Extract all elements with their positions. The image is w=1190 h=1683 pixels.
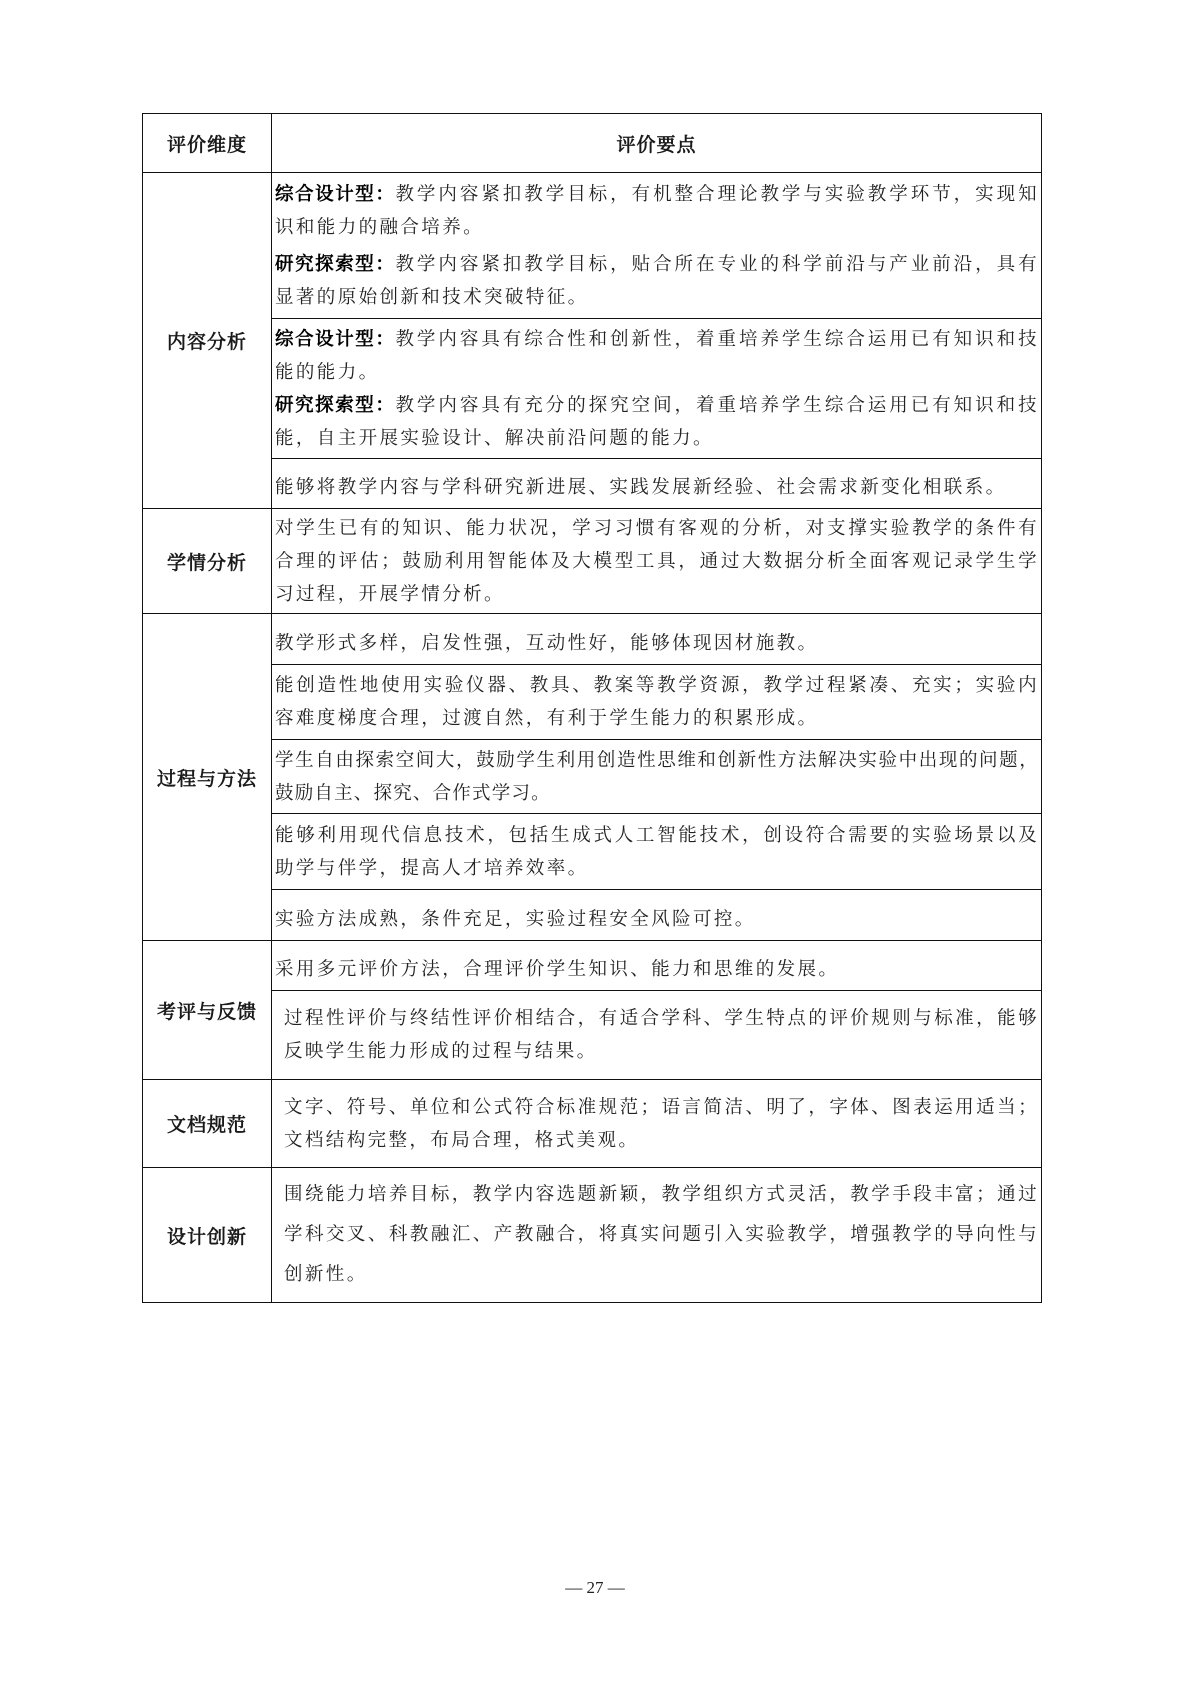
document-page: 评价维度 评价要点 内容分析 综合设计型：教学内容紧扣教学目标，有机整合理论教学… [0,0,1190,1683]
table-row: 内容分析 综合设计型：教学内容紧扣教学目标，有机整合理论教学与实验教学环节，实现… [143,173,1042,319]
point-cell: 学生自由探索空间大，鼓励学生利用创造性思维和创新性方法解决实验中出现的问题，鼓励… [272,740,1042,814]
dimension-process-method: 过程与方法 [143,614,272,941]
point-label: 研究探索型： [275,254,395,275]
table-row: 综合设计型：教学内容具有综合性和创新性，着重培养学生综合运用已有知识和技能的能力… [143,319,1042,459]
table-row: 学生自由探索空间大，鼓励学生利用创造性思维和创新性方法解决实验中出现的问题，鼓励… [143,740,1042,814]
point-paragraph: 综合设计型：教学内容紧扣教学目标，有机整合理论教学与实验教学环节，实现知识和能力… [275,178,1039,244]
dimension-content-analysis: 内容分析 [143,173,272,509]
table-row: 考评与反馈 采用多元评价方法，合理评价学生知识、能力和思维的发展。 [143,941,1042,991]
dimension-design-innovation: 设计创新 [143,1168,272,1303]
table-row: 能够将教学内容与学科研究新进展、实践发展新经验、社会需求新变化相联系。 [143,459,1042,509]
point-cell: 采用多元评价方法，合理评价学生知识、能力和思维的发展。 [272,941,1042,991]
dimension-learner-analysis: 学情分析 [143,509,272,614]
point-paragraph: 研究探索型：教学内容具有充分的探究空间，着重培养学生综合运用已有知识和技能，自主… [275,389,1039,455]
point-label: 综合设计型： [275,329,395,350]
point-cell: 教学形式多样，启发性强，互动性好，能够体现因材施教。 [272,614,1042,665]
header-dimension: 评价维度 [143,114,272,173]
table-row: 过程与方法 教学形式多样，启发性强，互动性好，能够体现因材施教。 [143,614,1042,665]
evaluation-table: 评价维度 评价要点 内容分析 综合设计型：教学内容紧扣教学目标，有机整合理论教学… [142,113,1042,1303]
table-row: 实验方法成熟，条件充足，实验过程安全风险可控。 [143,890,1042,941]
point-cell: 能够将教学内容与学科研究新进展、实践发展新经验、社会需求新变化相联系。 [272,459,1042,509]
table-row: 能够利用现代信息技术，包括生成式人工智能技术，创设符合需要的实验场景以及助学与伴… [143,814,1042,890]
dimension-document-standard: 文档规范 [143,1080,272,1168]
table-row: 能创造性地使用实验仪器、教具、教案等教学资源，教学过程紧凑、充实；实验内容难度梯… [143,665,1042,740]
point-cell: 能够利用现代信息技术，包括生成式人工智能技术，创设符合需要的实验场景以及助学与伴… [272,814,1042,890]
page-number: — 27 — [0,1578,1190,1598]
table-row: 学情分析 对学生已有的知识、能力状况，学习习惯有客观的分析，对支撑实验教学的条件… [143,509,1042,614]
point-cell: 过程性评价与终结性评价相结合，有适合学科、学生特点的评价规则与标准，能够反映学生… [272,991,1042,1080]
table-row: 设计创新 围绕能力培养目标，教学内容选题新颖，教学组织方式灵活，教学手段丰富；通… [143,1168,1042,1303]
point-label: 研究探索型： [275,395,395,416]
point-cell: 综合设计型：教学内容具有综合性和创新性，着重培养学生综合运用已有知识和技能的能力… [272,319,1042,459]
point-cell: 实验方法成熟，条件充足，实验过程安全风险可控。 [272,890,1042,941]
point-cell: 文字、符号、单位和公式符合标准规范；语言简洁、明了，字体、图表运用适当；文档结构… [272,1080,1042,1168]
point-paragraph: 综合设计型：教学内容具有综合性和创新性，着重培养学生综合运用已有知识和技能的能力… [275,323,1039,389]
table-header-row: 评价维度 评价要点 [143,114,1042,173]
table-row: 文档规范 文字、符号、单位和公式符合标准规范；语言简洁、明了，字体、图表运用适当… [143,1080,1042,1168]
point-cell: 对学生已有的知识、能力状况，学习习惯有客观的分析，对支撑实验教学的条件有合理的评… [272,509,1042,614]
point-paragraph: 研究探索型：教学内容紧扣教学目标，贴合所在专业的科学前沿与产业前沿，具有显著的原… [275,248,1039,314]
table-row: 过程性评价与终结性评价相结合，有适合学科、学生特点的评价规则与标准，能够反映学生… [143,991,1042,1080]
point-cell: 围绕能力培养目标，教学内容选题新颖，教学组织方式灵活，教学手段丰富；通过学科交叉… [272,1168,1042,1303]
header-points: 评价要点 [272,114,1042,173]
point-cell: 综合设计型：教学内容紧扣教学目标，有机整合理论教学与实验教学环节，实现知识和能力… [272,173,1042,319]
point-cell: 能创造性地使用实验仪器、教具、教案等教学资源，教学过程紧凑、充实；实验内容难度梯… [272,665,1042,740]
point-label: 综合设计型： [275,184,395,205]
dimension-assessment-feedback: 考评与反馈 [143,941,272,1080]
